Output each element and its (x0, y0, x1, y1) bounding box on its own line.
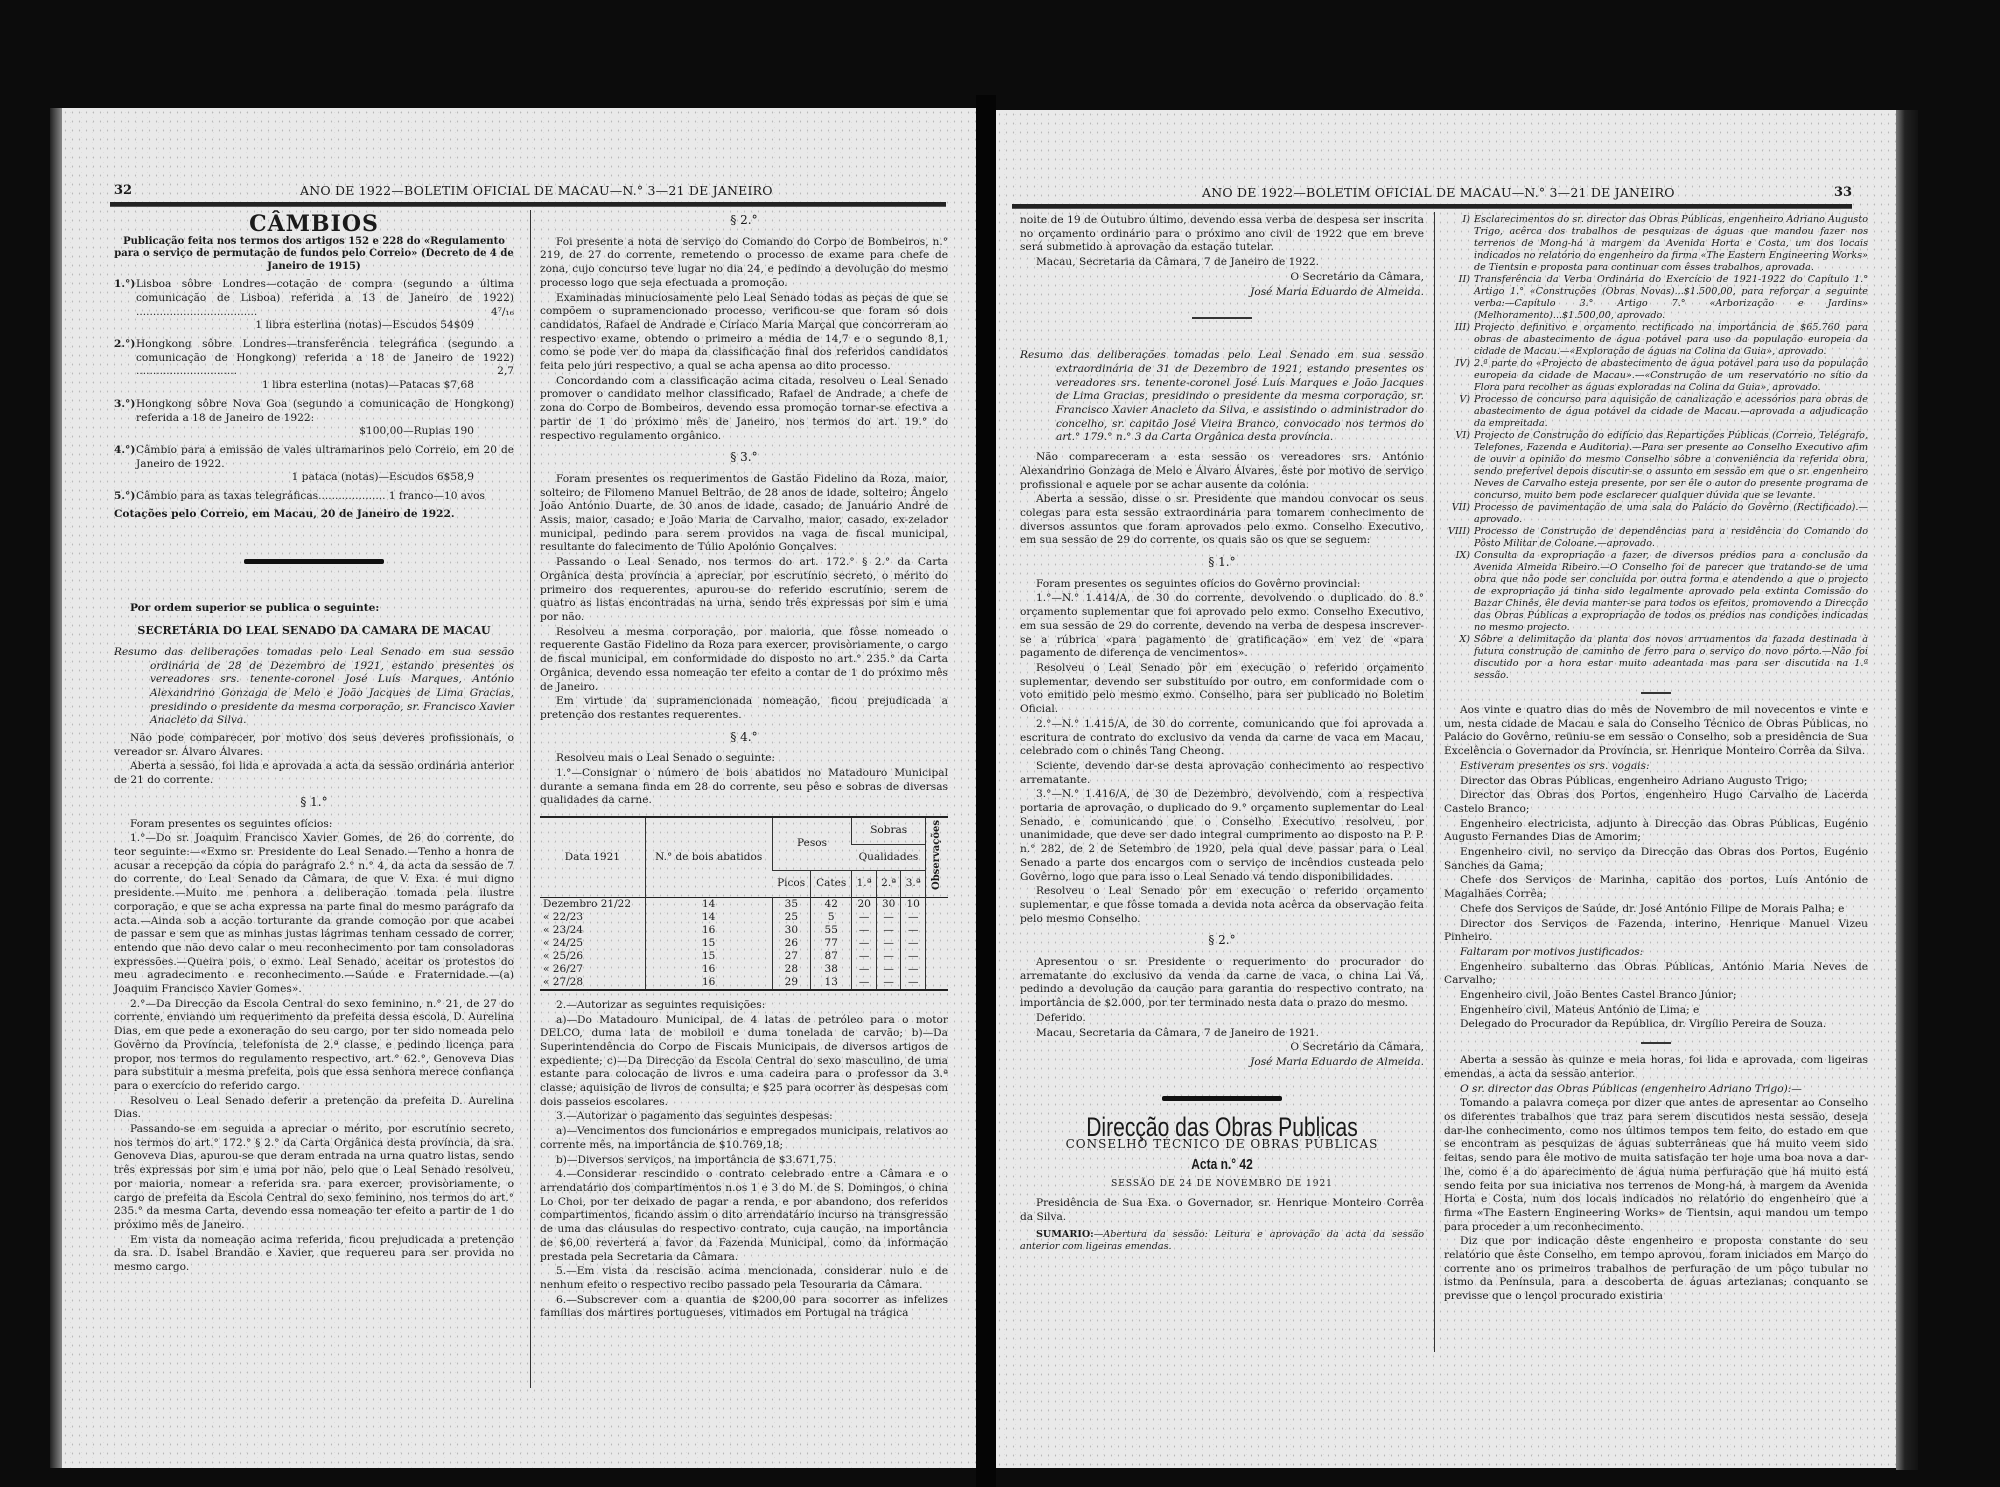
sumario-item-text: Projecto definitivo e orçamento rectific… (1474, 322, 1868, 358)
col-header-pesos: Pesos (772, 817, 852, 871)
cell-cates: 55 (811, 924, 852, 937)
cell-q2: — (876, 911, 901, 924)
cambio-text: Câmbio para a emissão de vales ultramari… (136, 444, 514, 471)
cell-date: « 26/27 (540, 963, 645, 976)
cell-q3: — (901, 963, 926, 976)
section-heading: § 4.° (540, 731, 948, 745)
paragraph: Foram presentes os seguintes ofícios do … (1020, 578, 1424, 592)
cambio-detail: 1 libra esterlina (notas)—Escudos 54$09 (114, 319, 474, 333)
cell-picos: 30 (772, 924, 810, 937)
sumario-numeral: VII) (1444, 502, 1474, 526)
cell-q3: — (901, 976, 926, 990)
paragraph: Apresentou o sr. Presidente o requerimen… (1020, 956, 1424, 1011)
paragraph: 1.°—Do sr. Joaquim Francisco Xavier Gome… (114, 832, 514, 996)
sumario-item-text: Projecto de Construção do edifício das R… (1474, 430, 1868, 502)
opened-text: Aberta a sessão, foi lida e aprovada a a… (114, 760, 514, 787)
paragraph: Resolveu o Leal Senado deferir a pretenç… (114, 1095, 514, 1122)
sumario-numeral: VIII) (1444, 526, 1474, 550)
paragraph: Foi presente a nota de serviço do Comand… (540, 236, 948, 291)
cambios-title: CÂMBIOS (114, 218, 514, 232)
absent-label: Faltaram por motivos justificados: (1444, 946, 1868, 960)
cell-date: Dezembro 21/22 (540, 897, 645, 911)
col-header-q1: 1.ª (852, 871, 877, 898)
cambio-number: 5.°) (114, 490, 136, 504)
place-date: Macau, Secretaria da Câmara, 7 de Janeir… (1020, 1027, 1424, 1041)
cambio-item: 3.°)Hongkong sôbre Nova Goa (segundo a c… (114, 398, 514, 425)
col-header-picos: Picos (772, 871, 810, 898)
cambio-number: 2.°) (114, 338, 136, 379)
paragraph: Tomando a palavra começa por dizer que a… (1444, 1097, 1868, 1234)
member-entry: Engenheiro civil, João Bentes Castel Bra… (1444, 989, 1868, 1003)
member-entry: Engenheiro civil, Mateus António de Lima… (1444, 1004, 1868, 1018)
col-header-qualidades: Qualidades (852, 844, 926, 871)
absent-list: Engenheiro subalterno das Obras Públicas… (1444, 961, 1868, 1033)
cell-bois: 16 (645, 976, 772, 990)
col-header-q2: 2.ª (876, 871, 901, 898)
sumario-numeral: VI) (1444, 430, 1474, 502)
paragraph: Foram presentes os seguintes ofícios: (114, 818, 514, 832)
running-head: ANO DE 1922—BOLETIM OFICIAL DE MACAU—N.°… (1202, 185, 1675, 200)
cell-date: « 27/28 (540, 976, 645, 990)
cell-date: « 25/26 (540, 950, 645, 963)
col-header-bois: N.° de bois abatidos (645, 817, 772, 897)
cell-q3: 10 (901, 897, 926, 911)
member-entry: Director dos Serviços de Fazenda, interi… (1444, 918, 1868, 945)
cell-q3: — (901, 911, 926, 924)
section-heading: § 1.° (114, 796, 514, 810)
section-divider (1192, 317, 1252, 319)
cambio-detail: 1 pataca (notas)—Escudos 6$58,9 (114, 471, 474, 485)
col-header-q3: 3.ª (901, 871, 926, 898)
speaker: O sr. director das Obras Públicas (engen… (1444, 1083, 1868, 1097)
sumario-numeral: I) (1444, 214, 1474, 274)
cell-q3: — (901, 924, 926, 937)
paragraph: Passando-se em seguida a apreciar o méri… (114, 1123, 514, 1233)
member-entry: Engenheiro civil, no serviço da Direcção… (1444, 846, 1868, 873)
cell-q3: — (901, 950, 926, 963)
section-divider (1162, 1096, 1282, 1101)
sumario-numeral: III) (1444, 322, 1474, 358)
cell-q1: — (852, 937, 877, 950)
sumario-item: VI)Projecto de Construção do edifício da… (1444, 430, 1868, 502)
header-rule (1012, 204, 1852, 209)
cell-picos: 27 (772, 950, 810, 963)
sumario-item: VII)Processo de pavimentação de uma sala… (1444, 502, 1868, 526)
paragraph: a)—Vencimentos dos funcionários e empreg… (540, 1125, 948, 1152)
left-column-1: CÂMBIOS Publicação feita nos termos dos … (114, 212, 514, 1276)
cell-bois: 15 (645, 937, 772, 950)
cambio-number: 4.°) (114, 444, 136, 471)
cell-q1: 20 (852, 897, 877, 911)
signature-title: O Secretário da Câmara, (1020, 271, 1424, 285)
col-header-date: Data 1921 (540, 817, 645, 897)
cell-obs (925, 976, 948, 990)
cell-q1: — (852, 963, 877, 976)
cell-date: « 24/25 (540, 937, 645, 950)
place-date: Macau, Secretaria da Câmara, 7 de Janeir… (1020, 256, 1424, 270)
paragraph: 4.—Considerar rescindido o contrato cele… (540, 1168, 948, 1264)
section-divider (1641, 1042, 1671, 1044)
paragraph: 6.—Subscrever com a quantia de $200,00 p… (540, 1294, 948, 1321)
member-entry: Chefe dos Serviços de Marinha, capitão d… (1444, 874, 1868, 901)
cambio-number: 1.°) (114, 278, 136, 319)
paragraph: 3.°—N.° 1.416/A, de 30 de Dezembro, devo… (1020, 788, 1424, 884)
cell-picos: 29 (772, 976, 810, 990)
paragraph: 2.—Autorizar as seguintes requisições: (540, 999, 948, 1013)
cell-picos: 26 (772, 937, 810, 950)
paragraph: Resolveu o Leal Senado pôr em execução o… (1020, 885, 1424, 926)
order-line: Por ordem superior se publica o seguinte… (114, 602, 514, 616)
running-head: ANO DE 1922—BOLETIM OFICIAL DE MACAU—N.°… (300, 183, 773, 198)
table-row: « 24/25152677——— (540, 937, 948, 950)
cell-q1: — (852, 950, 877, 963)
sumario-item: X)Sôbre a delimitação da planta dos novo… (1444, 634, 1868, 682)
sumario-item: IV)2.ª parte do «Projecto de abastecimen… (1444, 358, 1868, 394)
paragraph: Não compareceram a esta sessão os veread… (1020, 451, 1424, 492)
member-entry: Engenheiro electricista, adjunto à Direc… (1444, 818, 1868, 845)
col-header-obs: Observações (925, 817, 948, 897)
cell-obs (925, 950, 948, 963)
cell-cates: 38 (811, 963, 852, 976)
signature-title: O Secretário da Câmara, (1020, 1041, 1424, 1055)
paragraph: 2.°—Da Direcção da Escola Central do sex… (114, 998, 514, 1094)
section-divider (244, 559, 384, 564)
sumario-list: I)Esclarecimentos do sr. director das Ob… (1444, 214, 1868, 682)
paragraph: Deferido. (1020, 1012, 1424, 1026)
section-heading: § 3.° (540, 451, 948, 465)
sumario-numeral: X) (1444, 634, 1474, 682)
scan-right-edge (1896, 110, 1918, 1470)
cell-cates: 13 (811, 976, 852, 990)
cambio-item: 2.°)Hongkong sôbre Londres—transferência… (114, 338, 514, 379)
column-divider (530, 210, 531, 1388)
secretaria-title: SECRETÁRIA DO LEAL SENADO DA CAMARA DE M… (114, 624, 514, 638)
section-heading: § 2.° (540, 214, 948, 228)
sumario-item-text: Processo de concurso para aquisição de c… (1474, 394, 1868, 430)
sumario-item-text: Processo de pavimentação de uma sala do … (1474, 502, 1868, 526)
cell-q1: — (852, 911, 877, 924)
resumo-text: Resumo das deliberações tomadas pelo Lea… (1020, 349, 1424, 445)
paragraph: Sciente, devendo dar-se desta aprovação … (1020, 760, 1424, 787)
sumario-numeral: IX) (1444, 550, 1474, 634)
cell-obs (925, 924, 948, 937)
table-row: « 26/27162838——— (540, 963, 948, 976)
cambio-text: Lisboa sôbre Londres—cotação de compra (… (136, 278, 514, 319)
cell-bois: 14 (645, 897, 772, 911)
cell-q2: — (876, 937, 901, 950)
paragraph: Em vista da nomeação acima referida, fic… (114, 1234, 514, 1275)
paragraph: b)—Diversos serviços, na importância de … (540, 1154, 948, 1168)
cambio-text: Hongkong sôbre Nova Goa (segundo a comun… (136, 398, 514, 425)
paragraph: 2.°—N.° 1.415/A, de 30 do corrente, comu… (1020, 718, 1424, 759)
member-entry: Chefe dos Serviços de Saúde, dr. José An… (1444, 903, 1868, 917)
sumario-item-text: Processo de Construção de dependências p… (1474, 526, 1868, 550)
member-entry: Director das Obras dos Portos, engenheir… (1444, 789, 1868, 816)
paragraph: Aberta a sessão às quinze e meia horas, … (1444, 1054, 1868, 1081)
right-column-2: I)Esclarecimentos do sr. director das Ob… (1444, 214, 1868, 1305)
table-row: « 23/24163055——— (540, 924, 948, 937)
cell-picos: 35 (772, 897, 810, 911)
paragraph: 1.°—N.° 1.414/A, de 30 do corrente, devo… (1020, 592, 1424, 661)
sumario-item: VIII)Processo de Construção de dependênc… (1444, 526, 1868, 550)
sumario-item-text: Esclarecimentos do sr. director das Obra… (1474, 214, 1868, 274)
paragraph: 3.—Autorizar o pagamento das seguintes d… (540, 1110, 948, 1124)
paragraph: Diz que por indicação dêste engenheiro e… (1444, 1235, 1868, 1304)
cell-q2: — (876, 924, 901, 937)
section-divider (1641, 692, 1671, 694)
cell-picos: 25 (772, 911, 810, 924)
paragraph: Resolveu o Leal Senado pôr em execução o… (1020, 662, 1424, 717)
cell-obs (925, 897, 948, 911)
cell-cates: 42 (811, 897, 852, 911)
cambio-rate: 2,7 (497, 365, 514, 379)
cell-q1: — (852, 976, 877, 990)
cell-q2: — (876, 976, 901, 990)
paragraph: Examinadas minuciosamente pelo Leal Sena… (540, 292, 948, 374)
section-heading: § 2.° (1020, 934, 1424, 948)
paragraph: Resolveu a mesma corporação, por maioria… (540, 626, 948, 695)
sumario-item-text: Sôbre a delimitação da planta dos novos … (1474, 634, 1868, 682)
paragraph: Foram presentes os requerimentos de Gast… (540, 473, 948, 555)
member-entry: Engenheiro subalterno das Obras Públicas… (1444, 961, 1868, 988)
acta-number: Acta n.° 42 (1060, 1158, 1383, 1172)
left-column-2: § 2.° Foi presente a nota de serviço do … (540, 212, 948, 1322)
paragraph: Em virtude da supramencionada nomeação, … (540, 695, 948, 722)
slaughter-table: Data 1921 N.° de bois abatidos Pesos Sob… (540, 816, 948, 991)
sumario-item-text: Transferência da Verba Ordinária do Exer… (1474, 274, 1868, 322)
cell-bois: 15 (645, 950, 772, 963)
page-number: 33 (1834, 185, 1852, 200)
sumario-numeral: IV) (1444, 358, 1474, 394)
cambio-text: Câmbio para as taxas telegráficas.......… (136, 490, 514, 504)
sumario-item: V)Processo de concurso para aquisição de… (1444, 394, 1868, 430)
cambio-item: 4.°)Câmbio para a emissão de vales ultra… (114, 444, 514, 471)
cell-q2: 30 (876, 897, 901, 911)
book-gutter (976, 95, 996, 1487)
absent-text: Não pode comparecer, por motivo dos seus… (114, 732, 514, 759)
table-row: « 22/2314255——— (540, 911, 948, 924)
sumario: SUMARIO:—Abertura da sessão: Leitura e a… (1020, 1229, 1424, 1253)
cambios-list: 1.°)Lisboa sôbre Londres—cotação de comp… (114, 278, 514, 504)
cell-q2: — (876, 950, 901, 963)
cell-cates: 5 (811, 911, 852, 924)
paragraph: 1.°—Consignar o número de bois abatidos … (540, 767, 948, 808)
sessao-date: SESSÃO DE 24 DE NOVEMBRO DE 1921 (1020, 1178, 1424, 1192)
cell-cates: 87 (811, 950, 852, 963)
present-label: Estiveram presentes os srs. vogais: (1444, 760, 1868, 774)
col-header-sobras: Sobras (852, 817, 926, 844)
member-entry: Delegado do Procurador da República, dr.… (1444, 1018, 1868, 1032)
cell-bois: 16 (645, 963, 772, 976)
cambios-footer: Cotações pelo Correio, em Macau, 20 de J… (114, 508, 514, 522)
section-heading: § 1.° (1020, 556, 1424, 570)
cambio-detail: $100,00—Rupias 190 (114, 425, 474, 439)
sumario-label: SUMARIO: (1036, 1229, 1094, 1240)
cell-date: « 23/24 (540, 924, 645, 937)
cell-q2: — (876, 963, 901, 976)
left-page: 32 ANO DE 1922—BOLETIM OFICIAL DE MACAU—… (62, 108, 976, 1468)
paragraph: Resolveu mais o Leal Senado o seguinte: (540, 752, 948, 766)
cell-obs (925, 937, 948, 950)
cambio-item: 1.°)Lisboa sôbre Londres—cotação de comp… (114, 278, 514, 319)
signature-name: José Maria Eduardo de Almeida. (1020, 286, 1424, 300)
sumario-item: I)Esclarecimentos do sr. director das Ob… (1444, 214, 1868, 274)
table-row: « 25/26152787——— (540, 950, 948, 963)
sumario-item-text: 2.ª parte do «Projecto de abastecimento … (1474, 358, 1868, 394)
sumario-item: III)Projecto definitivo e orçamento rect… (1444, 322, 1868, 358)
cambio-detail: 1 libra esterlina (notas)—Patacas $7,68 (114, 379, 474, 393)
cambio-number: 3.°) (114, 398, 136, 425)
paragraph: Passando o Leal Senado, nos termos do ar… (540, 556, 948, 625)
paragraph: noite de 19 de Outubro último, devendo e… (1020, 214, 1424, 255)
signature-name: José Maria Eduardo de Almeida. (1020, 1056, 1424, 1070)
presidencia: Presidência de Sua Exa. o Governador, sr… (1020, 1197, 1424, 1224)
cell-obs (925, 963, 948, 976)
sumario-item-text: Consulta da expropriação a fazer, de div… (1474, 550, 1868, 634)
sumario-item: II)Transferência da Verba Ordinária do E… (1444, 274, 1868, 322)
paragraph: 5.—Em vista da rescisão acima mencionada… (540, 1265, 948, 1292)
cell-obs (925, 911, 948, 924)
cell-bois: 14 (645, 911, 772, 924)
resumo-text: Resumo das deliberações tomadas pelo Lea… (114, 646, 514, 728)
member-entry: Director das Obras Públicas, engenheiro … (1444, 775, 1868, 789)
paragraph: Concordando com a classificação acima ci… (540, 375, 948, 444)
cambios-subtitle: Publicação feita nos termos dos artigos … (114, 236, 514, 274)
page-number: 32 (114, 183, 132, 198)
cell-q1: — (852, 924, 877, 937)
cell-cates: 77 (811, 937, 852, 950)
cambio-rate: 4⁷/₁₆ (491, 306, 514, 320)
paragraph: a)—Do Matadouro Municipal, de 4 latas de… (540, 1014, 948, 1110)
table-row: « 27/28162913——— (540, 976, 948, 990)
scan-left-edge (50, 108, 62, 1468)
cambio-item: 5.°)Câmbio para as taxas telegráficas...… (114, 490, 514, 504)
cambio-text: Hongkong sôbre Londres—transferência tel… (136, 338, 514, 379)
table-row: Dezembro 21/22143542203010 (540, 897, 948, 911)
cell-date: « 22/23 (540, 911, 645, 924)
paragraph: Aos vinte e quatro dias do mês de Novemb… (1444, 704, 1868, 759)
cell-bois: 16 (645, 924, 772, 937)
sumario-numeral: V) (1444, 394, 1474, 430)
present-list: Director das Obras Públicas, engenheiro … (1444, 775, 1868, 945)
table-body: Dezembro 21/22143542203010« 22/2314255——… (540, 897, 948, 990)
col-header-cates: Cates (811, 871, 852, 898)
header-rule (110, 202, 946, 207)
right-column-1: noite de 19 de Outubro último, devendo e… (1020, 214, 1424, 1254)
column-divider (1434, 212, 1435, 1352)
cell-q3: — (901, 937, 926, 950)
sumario-numeral: II) (1444, 274, 1474, 322)
paragraph: Aberta a sessão, disse o sr. Presidente … (1020, 493, 1424, 548)
cell-picos: 28 (772, 963, 810, 976)
sumario-item: IX)Consulta da expropriação a fazer, de … (1444, 550, 1868, 634)
right-page: ANO DE 1922—BOLETIM OFICIAL DE MACAU—N.°… (996, 110, 1896, 1468)
obras-title: Direcção das Obras Publicas (1064, 1121, 1379, 1135)
